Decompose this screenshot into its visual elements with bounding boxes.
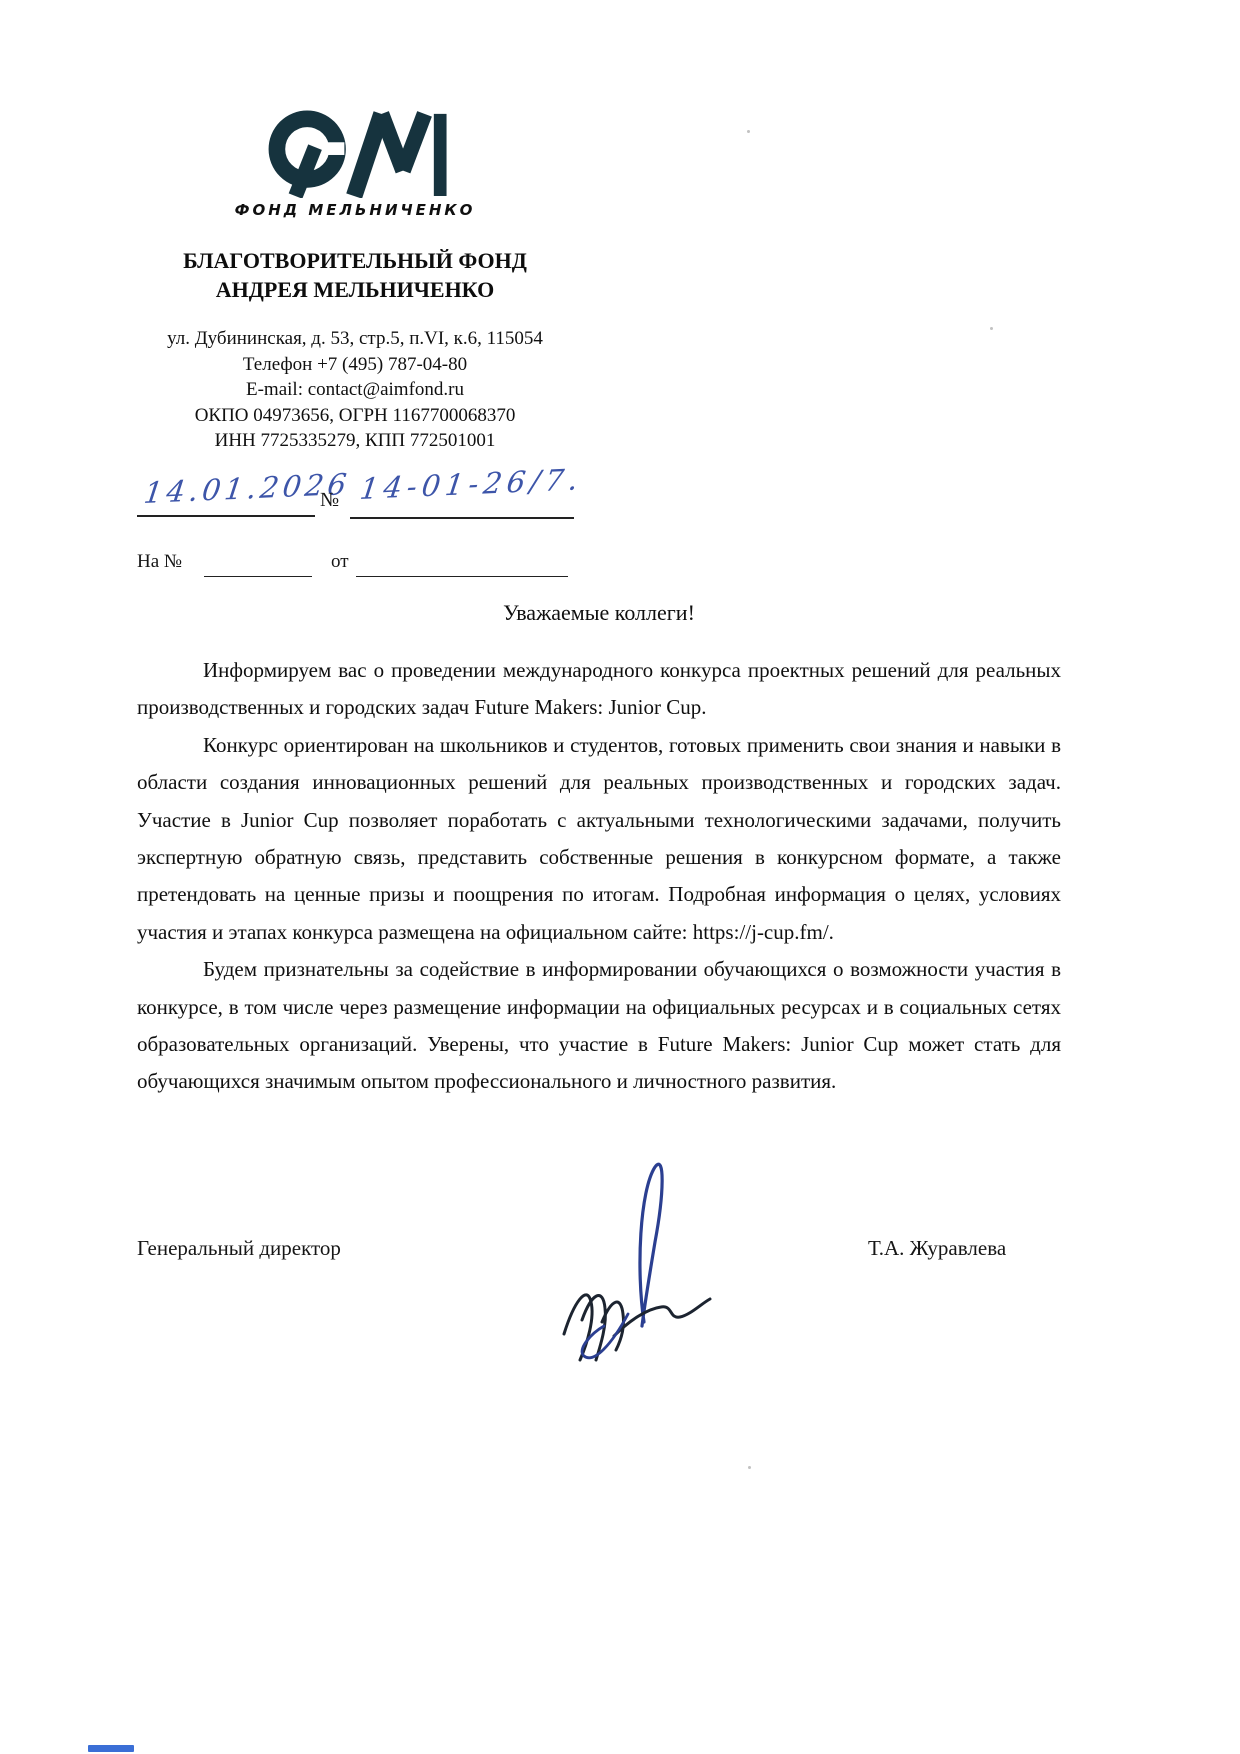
org-name-line2: АНДРЕЯ МЕЛЬНИЧЕНКО [135, 275, 575, 304]
salutation: Уважаемые коллеги! [137, 600, 1061, 626]
contact-inn-kpp: ИНН 7725335279, КПП 772501001 [115, 428, 595, 454]
scanned-letter-document: { "logo": { "monogram": "ФМ", "tagline":… [0, 0, 1240, 1754]
number-sign-label: № [320, 489, 339, 512]
scan-artifact-blue-mark [88, 1745, 134, 1752]
reply-from-label: от [331, 551, 349, 573]
scan-speck [747, 130, 750, 133]
logo-tagline: ФОНД МЕЛЬНИЧЕНКО [135, 201, 575, 219]
contact-okpo-ogrn: ОКПО 04973656, ОГРН 1167700068370 [115, 403, 595, 429]
contact-address: ул. Дубининская, д. 53, стр.5, п.VI, к.6… [115, 326, 595, 352]
scan-speck [748, 1466, 751, 1469]
number-underline [350, 517, 574, 519]
paragraph-details: Конкурс ориентирован на школьников и сту… [137, 727, 1061, 951]
handwritten-outgoing-number: 14-01-26/7. [358, 462, 585, 506]
reply-to-number-label: На № [137, 551, 182, 573]
paragraph-request: Будем признательны за содействие в инфор… [137, 951, 1061, 1101]
letter-body: Информируем вас о проведении международн… [137, 652, 1061, 1101]
contact-block: ул. Дубининская, д. 53, стр.5, п.VI, к.6… [115, 326, 595, 454]
signer-name: Т.А. Журавлева [868, 1236, 1006, 1261]
contact-phone: Телефон +7 (495) 787-04-80 [115, 352, 595, 378]
signer-title: Генеральный директор [137, 1236, 341, 1261]
contact-email: E-mail: contact@aimfond.ru [115, 377, 595, 403]
reply-date-blank [356, 576, 568, 577]
scan-speck [990, 327, 993, 330]
handwritten-signature [558, 1152, 726, 1370]
fm-logo-icon [258, 110, 463, 198]
date-underline [137, 515, 315, 517]
paragraph-intro: Информируем вас о проведении международн… [137, 652, 1061, 727]
org-name-line1: БЛАГОТВОРИТЕЛЬНЫЙ ФОНД [135, 246, 575, 275]
organization-name: БЛАГОТВОРИТЕЛЬНЫЙ ФОНД АНДРЕЯ МЕЛЬНИЧЕНК… [135, 246, 575, 304]
reply-number-blank [204, 576, 312, 577]
